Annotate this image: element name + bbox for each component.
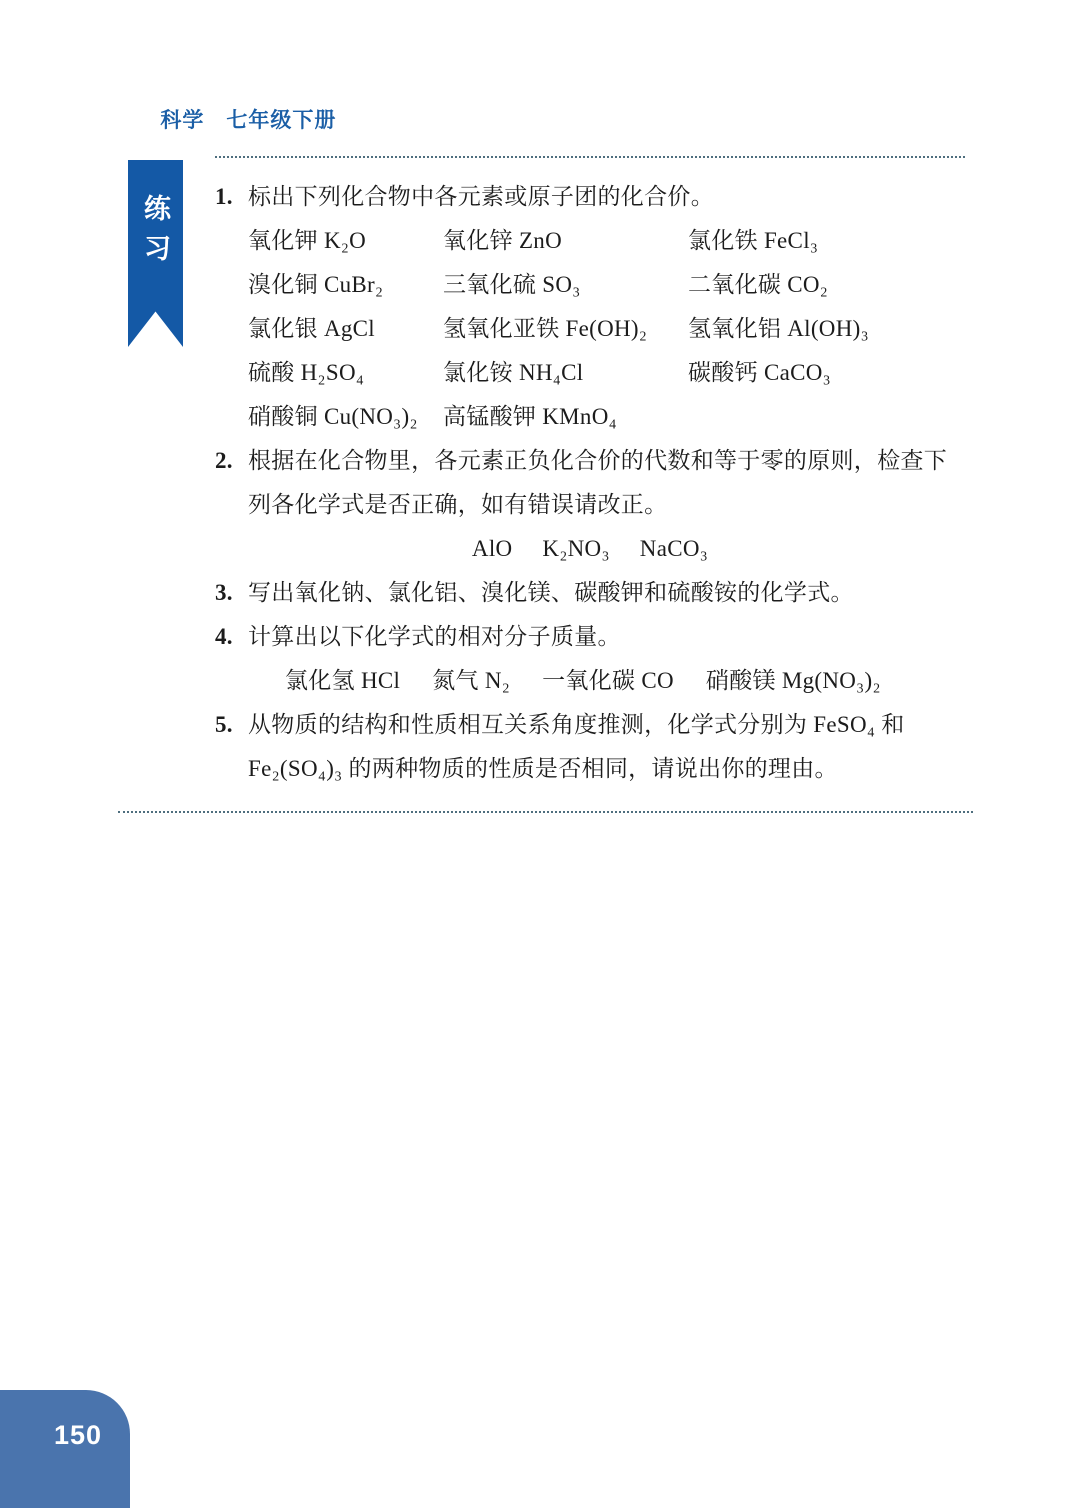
exercise-1-text: 标出下列化合物中各元素或原子团的化合价。 bbox=[248, 175, 965, 219]
formula: 氯化氢 HCl bbox=[285, 659, 400, 703]
exercise-item-3: 3. 写出氧化钠、氯化铝、溴化镁、碳酸钾和硫酸铵的化学式。 bbox=[215, 571, 965, 615]
compound-cell: 氯化铵 NH₄Cl bbox=[443, 351, 688, 395]
bottom-dotted-divider bbox=[118, 811, 973, 813]
compound-cell: 硝酸铜 Cu(NO₃)₂ bbox=[248, 395, 443, 439]
compound-cell bbox=[688, 395, 965, 439]
compound-cell: 溴化铜 CuBr₂ bbox=[248, 263, 443, 307]
exercise-list: 1. 标出下列化合物中各元素或原子团的化合价。 氧化钾 K₂O 氧化锌 ZnO … bbox=[215, 158, 965, 791]
page-header: 科学 七年级下册 bbox=[133, 80, 336, 158]
formula: NaCO₃ bbox=[640, 527, 708, 571]
formula: 一氧化碳 CO bbox=[542, 659, 674, 703]
formula: AlO bbox=[472, 527, 513, 571]
compound-cell: 高锰酸钾 KMnO₄ bbox=[443, 395, 688, 439]
practice-ribbon-label: 练习 bbox=[136, 194, 175, 347]
booklet-title: 科学 七年级下册 bbox=[160, 109, 336, 132]
exercise-3-number: 3. bbox=[215, 571, 248, 615]
compound-cell: 三氧化硫 SO₃ bbox=[443, 263, 688, 307]
exercise-4-number: 4. bbox=[215, 615, 248, 659]
page-number: 150 bbox=[0, 1420, 130, 1451]
formula: K₂NO₃ bbox=[542, 527, 609, 571]
exercise-1-number: 1. bbox=[215, 175, 248, 219]
exercise-3-text: 写出氧化钠、氯化铝、溴化镁、碳酸钾和硫酸铵的化学式。 bbox=[248, 571, 965, 615]
compound-cell: 氢氧化亚铁 Fe(OH)₂ bbox=[443, 307, 688, 351]
exercise-item-5: 5. 从物质的结构和性质相互关系角度推测，化学式分别为 FeSO₄ 和 Fe₂(… bbox=[215, 703, 965, 791]
exercise-5-text: 从物质的结构和性质相互关系角度推测，化学式分别为 FeSO₄ 和 Fe₂(SO₄… bbox=[248, 703, 965, 791]
textbook-page: 科学 七年级下册 练习 1. 标出下列化合物中各元素或原子团的化合价。 氧化钾 … bbox=[0, 0, 1088, 1508]
exercise-4-text: 计算出以下化学式的相对分子质量。 bbox=[248, 615, 965, 659]
formula: 氮气 N₂ bbox=[432, 659, 510, 703]
compound-cell: 氢氧化铝 Al(OH)₃ bbox=[688, 307, 965, 351]
compound-cell: 硫酸 H₂SO₄ bbox=[248, 351, 443, 395]
compound-cell: 氯化铁 FeCl₃ bbox=[688, 219, 965, 263]
exercise-item-2: 2. 根据在化合物里，各元素正负化合价的代数和等于零的原则，检查下列各化学式是否… bbox=[215, 439, 965, 527]
exercise-2-text: 根据在化合物里，各元素正负化合价的代数和等于零的原则，检查下列各化学式是否正确，… bbox=[248, 439, 965, 527]
exercise-item-4: 4. 计算出以下化学式的相对分子质量。 bbox=[215, 615, 965, 659]
formula: 硝酸镁 Mg(NO₃)₂ bbox=[706, 659, 881, 703]
practice-ribbon: 练习 bbox=[128, 160, 183, 347]
compound-grid: 氧化钾 K₂O 氧化锌 ZnO 氯化铁 FeCl₃ 溴化铜 CuBr₂ 三氧化硫… bbox=[248, 219, 965, 439]
exercise-item-1: 1. 标出下列化合物中各元素或原子团的化合价。 bbox=[215, 175, 965, 219]
compound-cell: 氧化钾 K₂O bbox=[248, 219, 443, 263]
exercise-5-number: 5. bbox=[215, 703, 248, 791]
page-number-badge: 150 bbox=[0, 1390, 130, 1508]
exercise-2-number: 2. bbox=[215, 439, 248, 527]
exercise-2-formula-row: AlO K₂NO₃ NaCO₃ bbox=[215, 527, 965, 571]
compound-cell: 氧化锌 ZnO bbox=[443, 219, 688, 263]
compound-cell: 二氧化碳 CO₂ bbox=[688, 263, 965, 307]
compound-cell: 氯化银 AgCl bbox=[248, 307, 443, 351]
exercise-4-formula-row: 氯化氢 HCl 氮气 N₂ 一氧化碳 CO 硝酸镁 Mg(NO₃)₂ bbox=[285, 659, 965, 703]
compound-cell: 碳酸钙 CaCO₃ bbox=[688, 351, 965, 395]
